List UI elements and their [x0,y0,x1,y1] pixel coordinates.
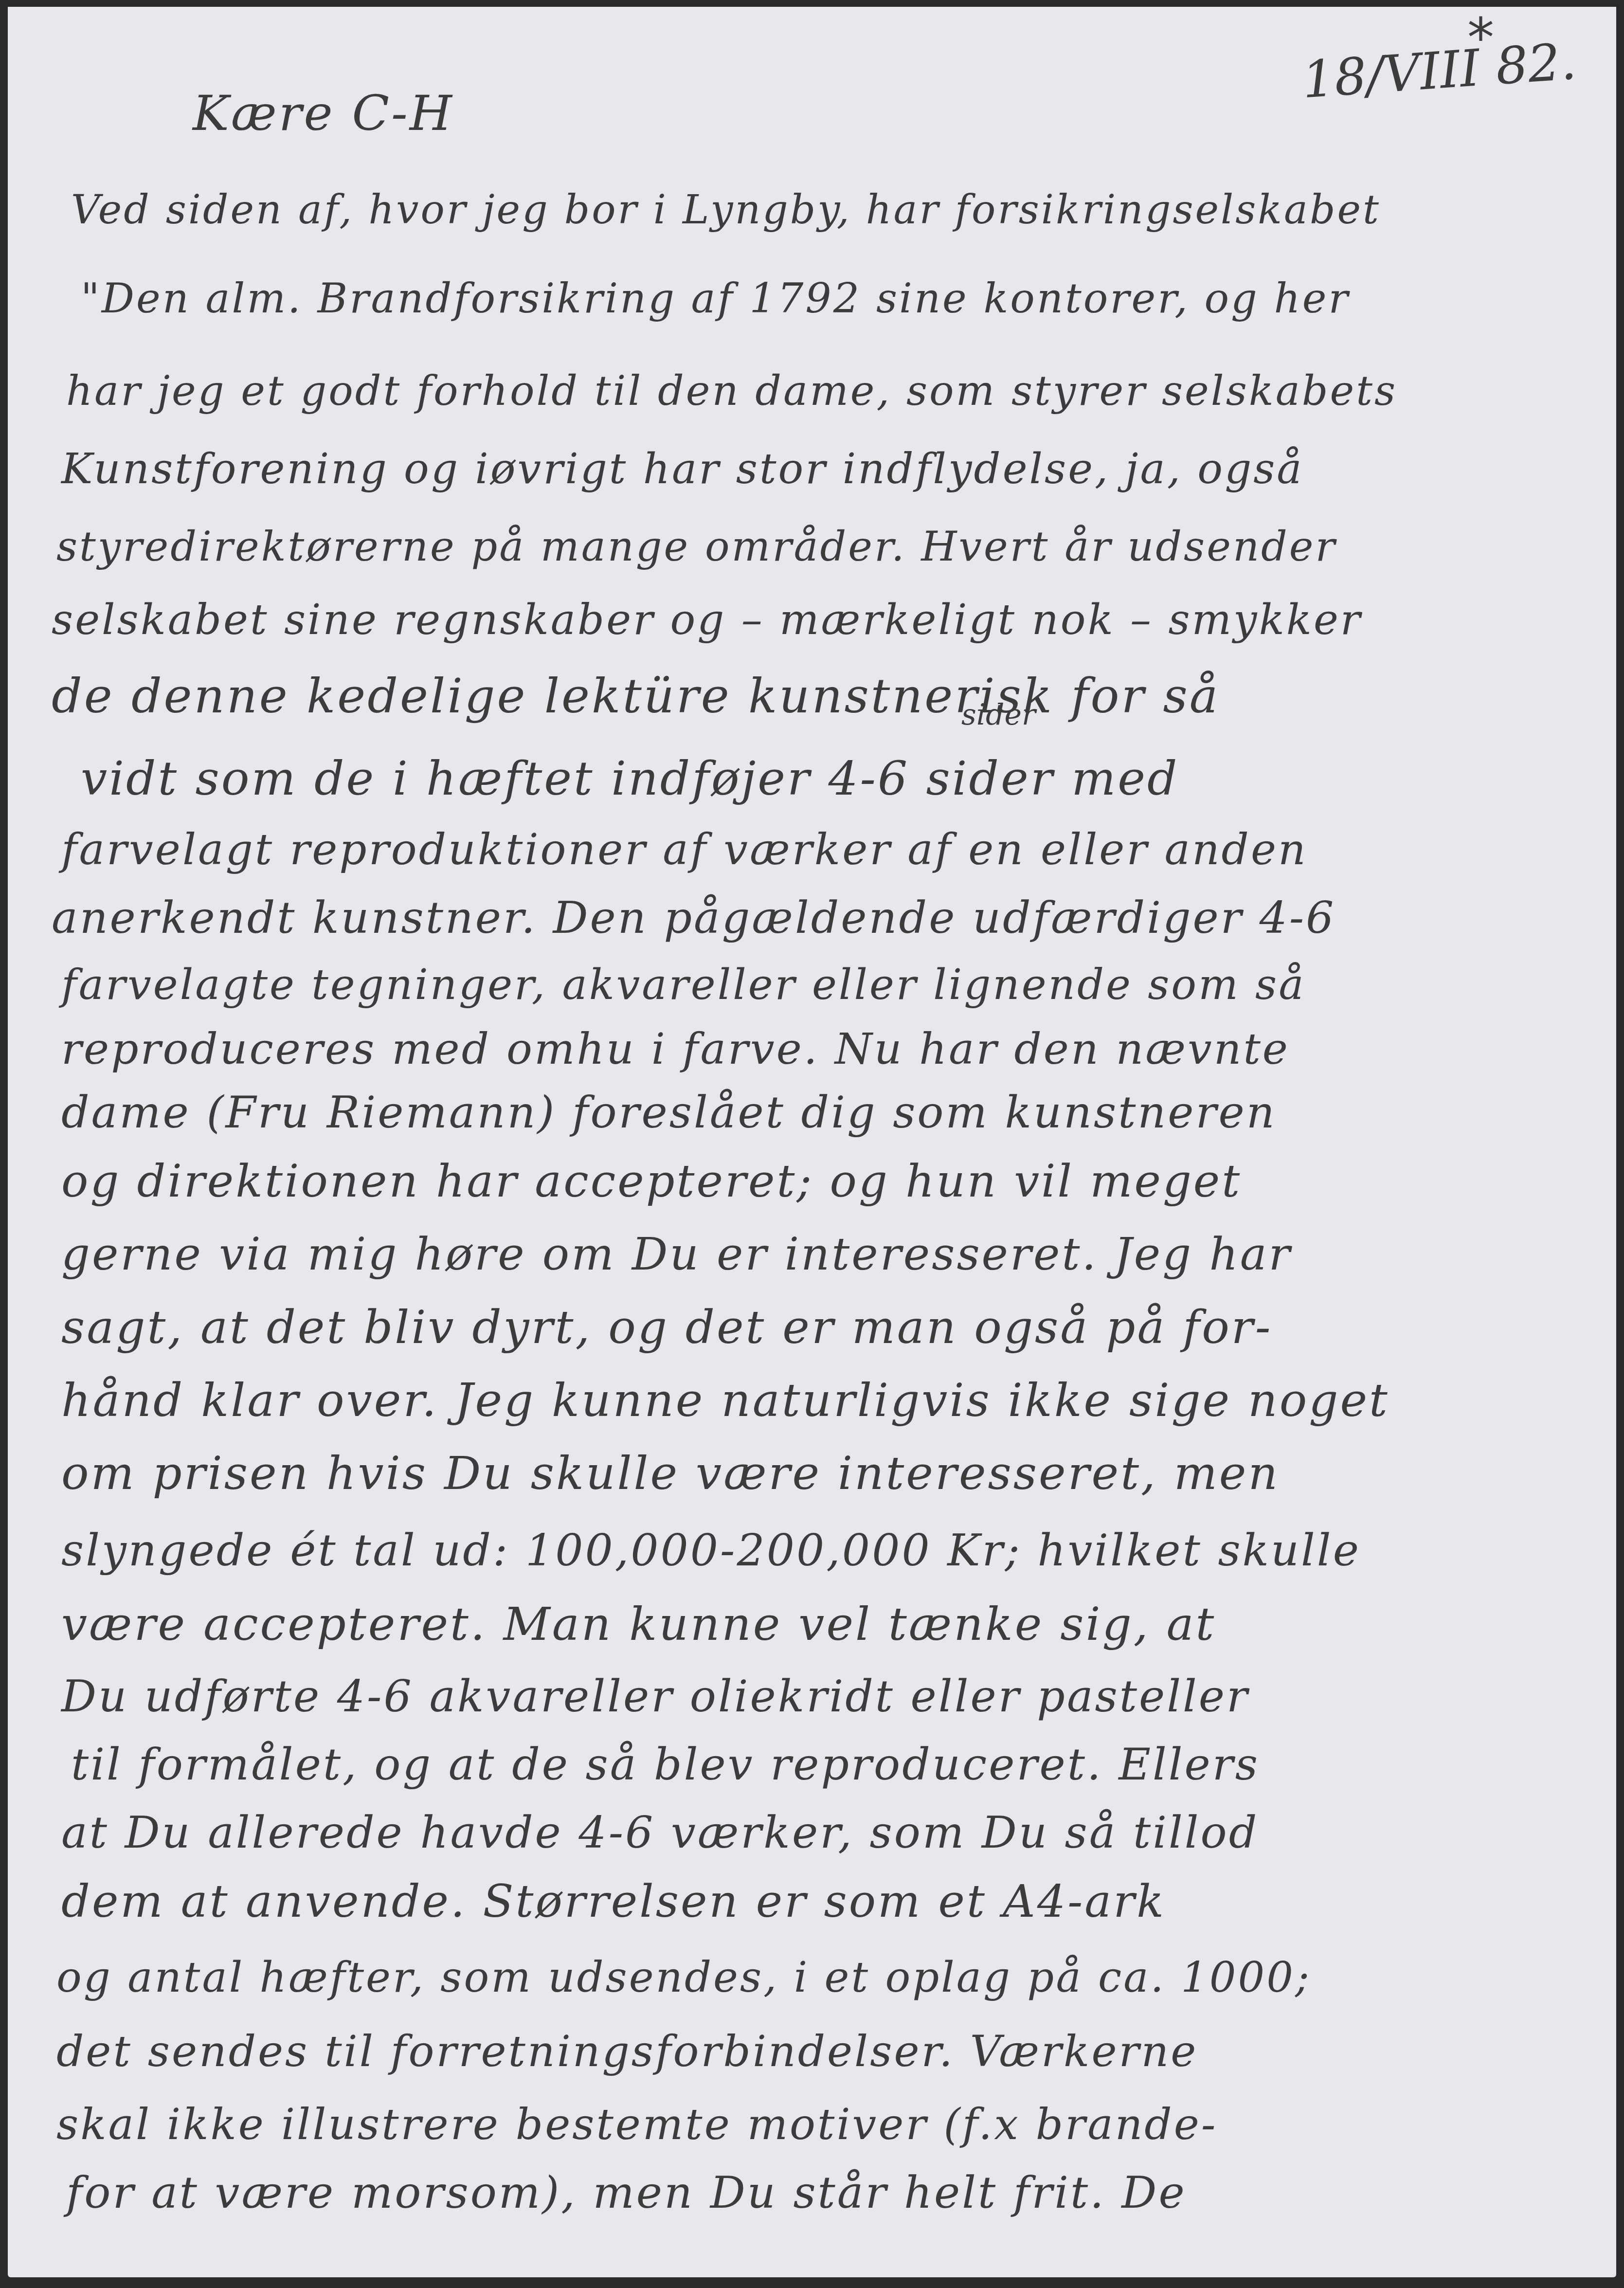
letter-line: reproduceres med omhu i farve. Nu har de… [61,1024,1290,1074]
letter-line: dame (Fru Riemann) foreslået dig som kun… [61,1087,1277,1138]
letter-line: det sendes til forretningsforbindelser. … [56,2026,1198,2076]
letter-line: hånd klar over. Jeg kunne naturligvis ik… [61,1374,1389,1427]
letter-line: være accepteret. Man kunne vel tænke sig… [61,1598,1216,1651]
letter-line: skal ikke illustrere bestemte motiver (f… [56,2099,1217,2149]
letter-line: til formålet, og at de så blev reproduce… [71,1739,1260,1790]
letter-line: gerne via mig høre om Du er interesseret… [61,1228,1292,1280]
letter-line: "Den alm. Brandforsikring af 1792 sine k… [81,274,1350,322]
letter-line: slyngede ét tal ud: 100,000-200,000 Kr; … [61,1525,1361,1576]
letter-line: har jeg et godt forhold til den dame, so… [66,367,1397,415]
letter-line: og antal hæfter, som udsendes, i et opla… [56,1953,1311,2002]
salutation: Kære C-H [193,85,454,142]
letter-line: om prisen hvis Du skulle være interesser… [61,1447,1280,1500]
letter-line: Kunstforening og iøvrigt har stor indfly… [61,445,1304,493]
letter-line: at Du allerede havde 4-6 værker, som Du … [61,1807,1259,1858]
letter-line: dem at anvende. Størrelsen er som et A4-… [61,1875,1166,1927]
letter-line: for at være morsom), men Du står helt fr… [66,2167,1187,2218]
letter-line: styredirektørerne på mange områder. Hver… [56,523,1337,570]
letter-page: * 18/VIII 82. Kære C-H Ved siden af, hvo… [8,7,1616,2277]
letter-line: og direktionen har accepteret; og hun vi… [61,1155,1242,1207]
inserted-word: sider [961,698,1036,732]
letter-line: anerkendt kunstner. Den pågældende udfær… [52,892,1335,944]
letter-line: Ved siden af, hvor jeg bor i Lyngby, har… [71,187,1381,233]
letter-line: sagt, at det bliv dyrt, og det er man og… [61,1301,1272,1354]
letter-line: vidt som de i hæftet indføjer 4-6 sider … [81,751,1179,806]
letter-line: Du udførte 4-6 akvareller oliekridt elle… [61,1671,1249,1722]
letter-line: selskabet sine regnskaber og – mærkeligt… [52,596,1362,644]
letter-date: 18/VIII 82. [1300,31,1578,109]
letter-line: farvelagte tegninger, akvareller eller l… [61,961,1305,1009]
letter-line: de denne kedelige lektüre kunstnerisk fo… [52,669,1220,724]
letter-line: farvelagt reproduktioner af værker af en… [61,824,1308,874]
